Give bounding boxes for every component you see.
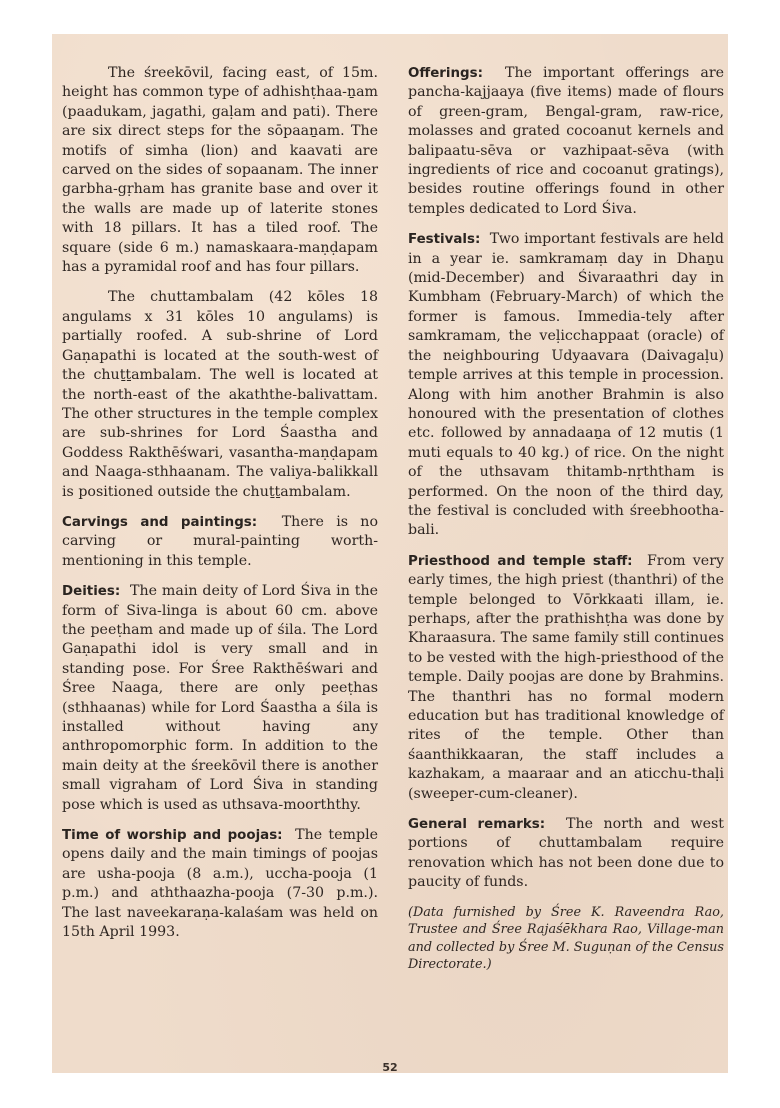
left-column: The śreekōvil, facing east, of 15m. heig… [62, 64, 378, 953]
section-priesthood: Priesthood and temple staff: From very e… [408, 552, 724, 804]
section-text-worship: The temple opens daily and the main timi… [62, 827, 378, 940]
section-text-priesthood: From very early times, the high priest (… [408, 553, 724, 802]
right-column: Offerings: The important offerings are p… [408, 64, 724, 985]
section-heading-worship: Time of worship and poojas: [62, 828, 283, 843]
section-heading-offerings: Offerings: [408, 66, 483, 81]
section-heading-carvings: Carvings and paintings: [62, 515, 257, 530]
section-deities: Deities: The main deity of Lord Śiva in … [62, 582, 378, 815]
section-heading-deities: Deities: [62, 584, 120, 599]
section-heading-festivals: Festivals: [408, 232, 480, 247]
section-offerings: Offerings: The important offerings are p… [408, 64, 724, 219]
section-text-festivals: Two important festivals are held in a ye… [408, 231, 724, 538]
section-heading-priesthood: Priesthood and temple staff: [408, 554, 633, 569]
section-text-offerings: The important offerings are pancha-kajja… [408, 65, 724, 217]
section-worship: Time of worship and poojas: The temple o… [62, 826, 378, 942]
data-credit-note: (Data furnished by Śree K. Raveendra Rao… [408, 904, 724, 974]
paragraph-chuttambalam: The chuttambalam (42 kōles 18 angulams x… [62, 288, 378, 501]
page-number: 52 [52, 1061, 728, 1074]
section-heading-remarks: General remarks: [408, 817, 545, 832]
section-text-deities: The main deity of Lord Śiva in the form … [62, 583, 378, 812]
section-festivals: Festivals: Two important festivals are h… [408, 230, 724, 541]
paragraph-sreekovil: The śreekōvil, facing east, of 15m. heig… [62, 64, 378, 277]
document-page: The śreekōvil, facing east, of 15m. heig… [52, 34, 728, 1073]
section-carvings: Carvings and paintings: There is no carv… [62, 513, 378, 571]
section-remarks: General remarks: The north and west port… [408, 815, 724, 893]
